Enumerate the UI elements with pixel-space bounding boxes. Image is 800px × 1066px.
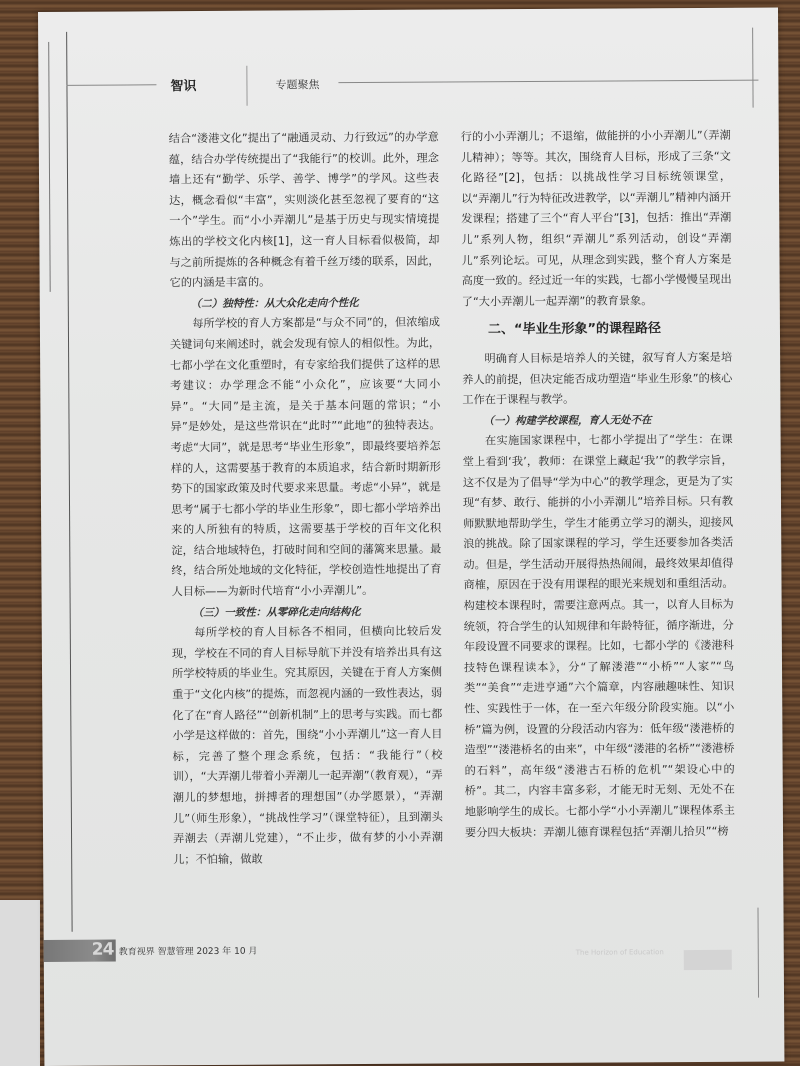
- paragraph: 每所学校的育人目标各不相同，但横向比较后发现，学校在不同的育人目标导航下并没有培…: [172, 622, 444, 871]
- header-section-label: 智识: [170, 75, 196, 94]
- paragraph: 行的小小弄潮儿；不退缩，做能拼的小小弄潮儿”（弄潮儿精神）；等等。其次，围绕育人…: [461, 126, 732, 313]
- subheading: （二）独特性：从大众化走向个性化: [170, 292, 440, 314]
- left-column: 结合“溇港文化”提出了“融通灵动、力行致远”的办学意蕴，结合办学传统提出了“我能…: [169, 128, 444, 871]
- show-through-text: The Horizon of Education: [576, 948, 664, 957]
- margin-line-right-bottom: [757, 908, 759, 998]
- paragraph: 结合“溇港文化”提出了“融通灵动、力行致远”的办学意蕴，结合办学传统提出了“我能…: [169, 128, 440, 294]
- section-title: 二、“毕业生形象”的课程路径: [462, 319, 732, 341]
- page-edge-left: [0, 900, 40, 1066]
- subheading: （一）构建学校课程，育人无处不在: [462, 409, 732, 431]
- paragraph: 每所学校的育人方案都是“与众不同”的，但浓缩成关键词句来阐述时，就会发现有惊人的…: [170, 313, 442, 603]
- header-rule-right: [338, 80, 758, 84]
- paragraph: 明确育人目标是培养人的关键，叙写育人方案是培养人的前提，但决定能否成功塑造“毕业…: [462, 348, 732, 411]
- journal-info: 教育视界 智慧管理 2023 年 10 月: [119, 944, 258, 958]
- margin-line-right-top: [752, 28, 753, 108]
- show-through-box: [684, 950, 732, 970]
- right-column: 行的小小弄潮儿；不退缩，做能拼的小小弄潮儿”（弄潮儿精神）；等等。其次，围绕育人…: [461, 126, 735, 844]
- margin-line-outer: [48, 42, 51, 292]
- header-topic-label: 专题聚焦: [275, 76, 319, 92]
- page-number: 24: [92, 940, 114, 960]
- margin-line-binding: [66, 32, 72, 932]
- paragraph: 在实施国家课程中，七都小学提出了“学生：在课堂上看到‘我’，教师：在课堂上藏起‘…: [463, 430, 736, 844]
- header-rule-left: [66, 84, 156, 86]
- subheading: （三）一致性：从零碎化走向结构化: [172, 601, 442, 623]
- document-page: 智识 专题聚焦 结合“溇港文化”提出了“融通灵动、力行致远”的办学意蕴，结合办学…: [38, 7, 784, 1066]
- header-divider: [246, 66, 247, 106]
